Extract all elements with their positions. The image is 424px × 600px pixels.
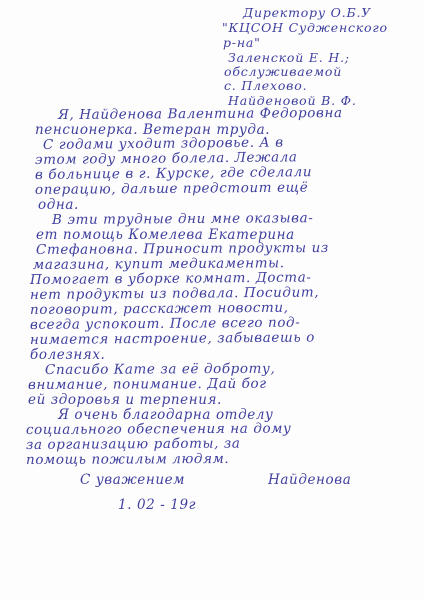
header-line: "КЦСОН Судженского xyxy=(222,20,388,36)
header-line: Директору О.Б.У xyxy=(243,5,371,21)
header-line: с. Плехово. xyxy=(224,78,307,94)
body-line: Я, Найденова Валентина Федоровна xyxy=(58,105,343,123)
body-line: В эти трудные дни мне оказыва- xyxy=(52,210,314,228)
body-line: болезнях. xyxy=(30,347,105,363)
body-line: помощь пожилым людям. xyxy=(26,451,229,468)
closing-salutation: С уважением xyxy=(80,472,185,488)
header-line: р-на" xyxy=(223,35,261,51)
body-line: ей здоровья и терпения. xyxy=(28,392,222,408)
body-line: внимание, понимание. Дай бог xyxy=(28,376,267,393)
body-line: операцию, дальше предстоит ещё xyxy=(35,180,308,198)
letter-date: 1. 02 - 19г xyxy=(118,497,196,513)
signature: Найденова xyxy=(268,472,351,488)
body-line: нимается настроение, забываешь о xyxy=(30,330,315,348)
letter-page: Директору О.Б.У "КЦСОН Судженского р-на"… xyxy=(0,0,424,600)
body-line: одна. xyxy=(38,197,79,213)
